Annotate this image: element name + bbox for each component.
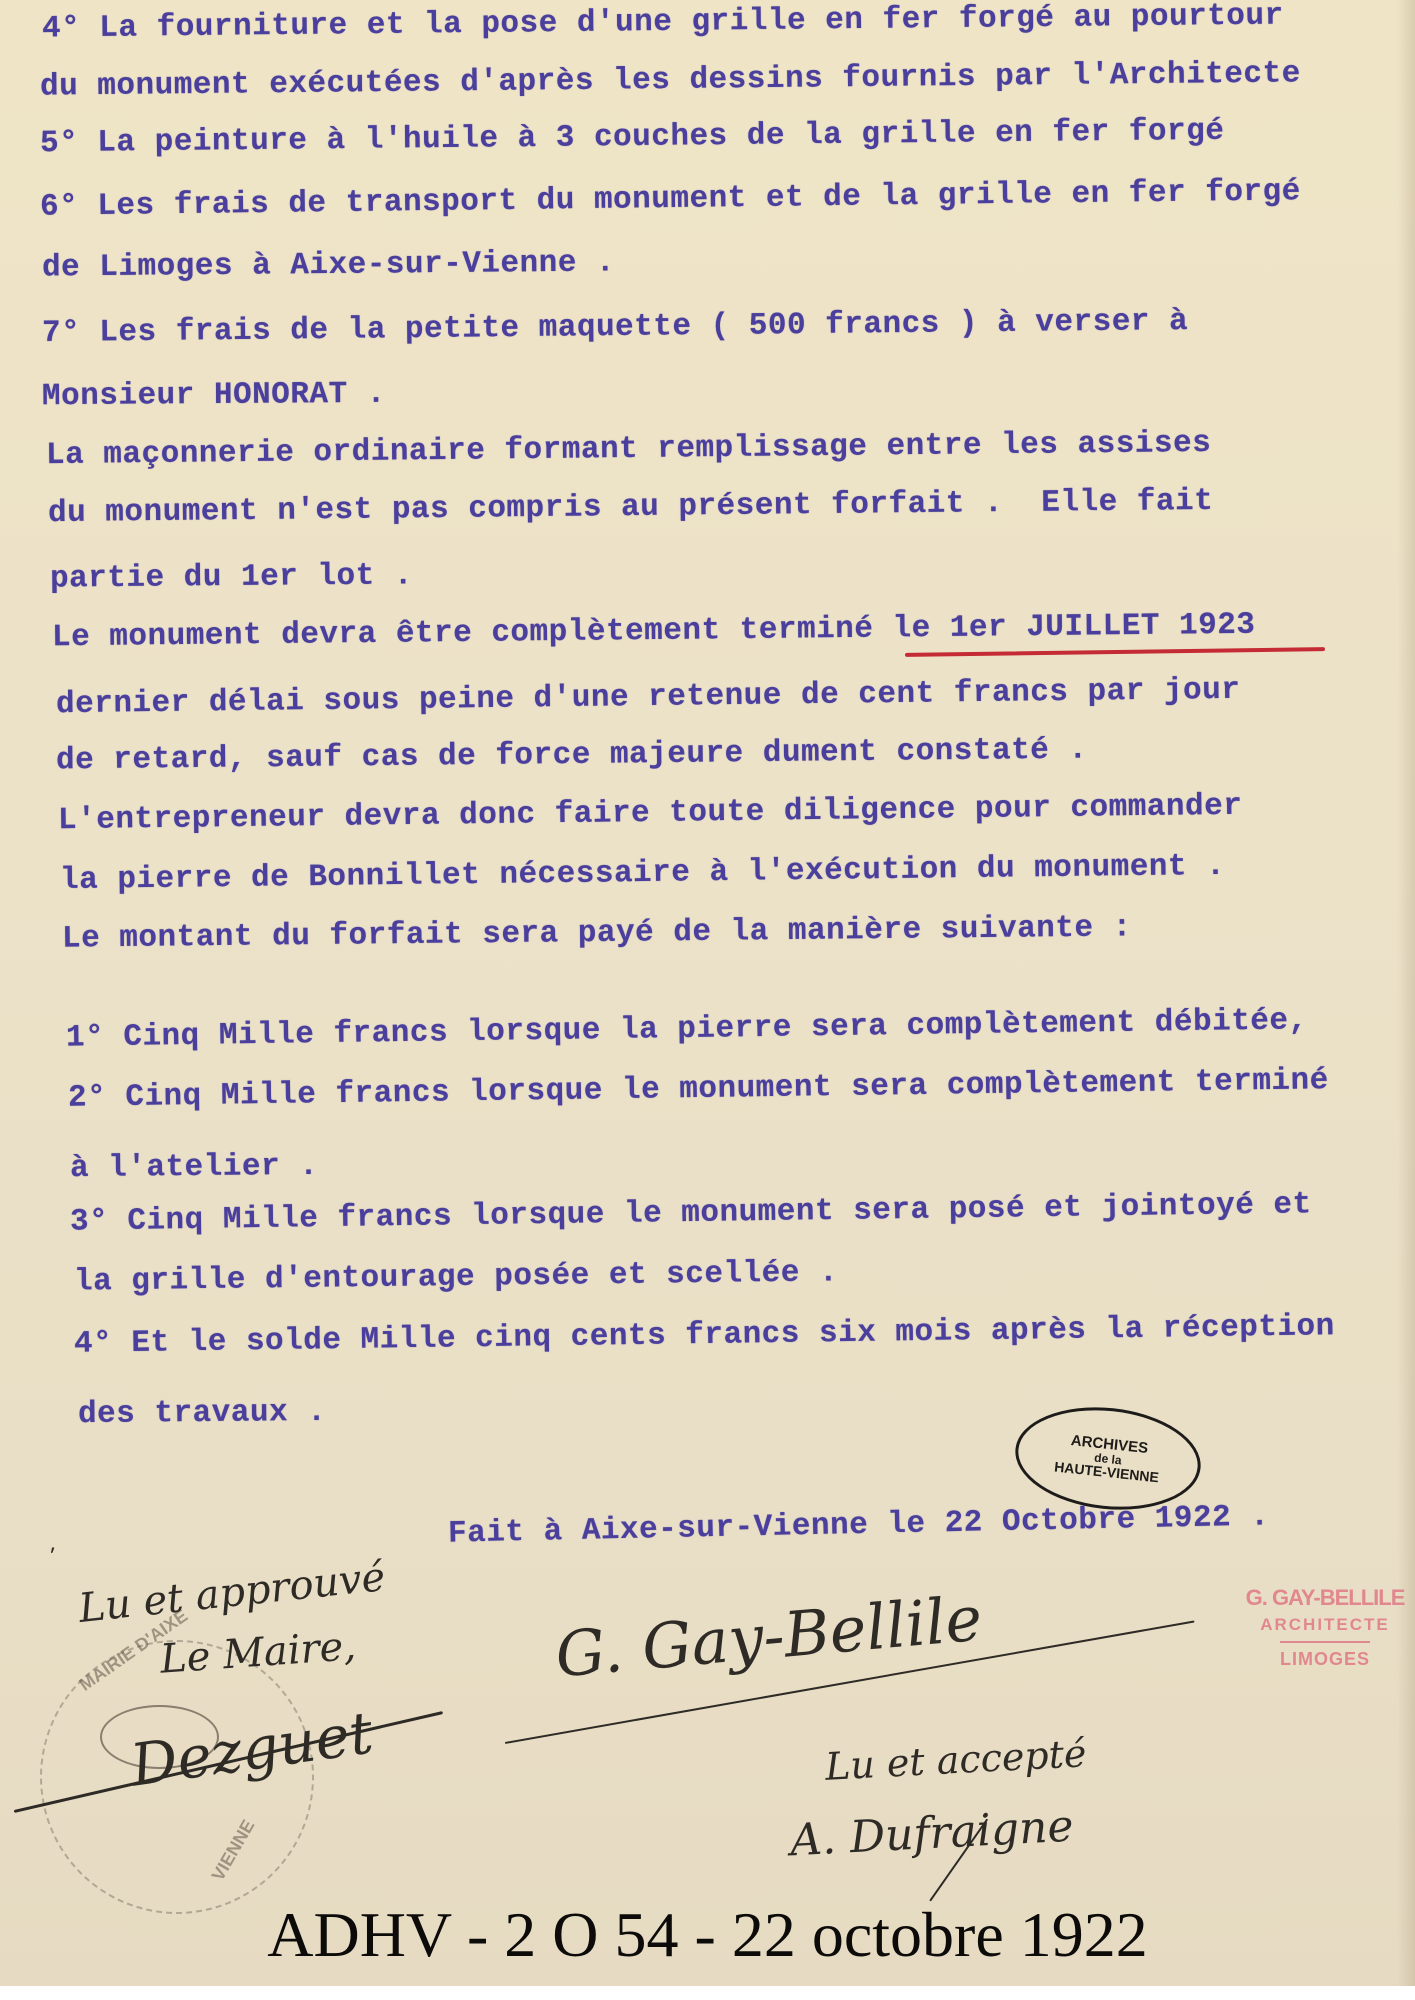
text-line-10: partie du 1er lot . — [50, 558, 413, 596]
archives-stamp-line3: HAUTE-VIENNE — [1054, 1460, 1160, 1486]
text-line-19: à l'atelier . — [70, 1149, 319, 1186]
text-line-5: de Limoges à Aixe-sur-Vienne . — [42, 246, 615, 286]
text-line-23: des travaux . — [78, 1395, 327, 1432]
architect-stamp-divider — [1280, 1641, 1370, 1643]
architect-stamp: G. GAY-BELLILE ARCHITECTE LIMOGES — [1235, 1585, 1415, 1670]
bottom-margin — [0, 1986, 1415, 2000]
architect-stamp-name: G. GAY-BELLILE — [1235, 1585, 1415, 1611]
architect-stamp-title: ARCHITECTE — [1235, 1615, 1415, 1635]
margin-mark: ⸴ — [50, 1530, 56, 1560]
text-line-7: Monsieur HONORAT . — [42, 377, 386, 414]
architect-stamp-city: LIMOGES — [1235, 1649, 1415, 1670]
archive-caption: ADHV - 2 O 54 - 22 octobre 1922 — [0, 1898, 1415, 1972]
